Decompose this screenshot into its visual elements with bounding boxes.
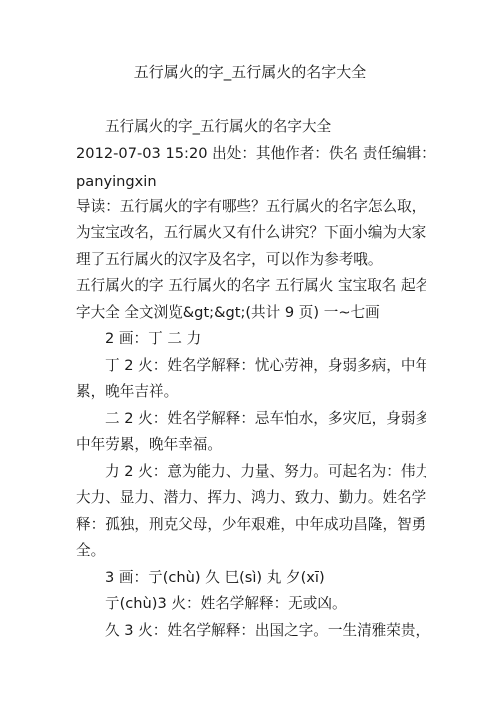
article-editor: panyingxin [76, 169, 426, 194]
entry-li-line-1: 力 2 火：意为能力、力量、努力。可起名为：伟力、 [76, 459, 426, 486]
article-meta: 2012-07-03 15:20 出处：其他作者：佚名 责任编辑： [76, 141, 426, 169]
entry-ding-line-2: 累，晚年吉祥。 [76, 379, 426, 406]
tags-line-2: 字大全 全文浏览&gt;&gt;(共计 9 页) 一~七画 [76, 300, 426, 327]
stroke-3-heading: 3 画：亍(chù) 久 巳(sì) 丸 夕(xī) [76, 565, 426, 592]
entry-li-line-4: 全。 [76, 538, 426, 565]
entry-er-line-2: 中年劳累，晚年幸福。 [76, 432, 426, 459]
tags-line-1: 五行属火的字 五行属火的名字 五行属火 宝宝取名 起名 [76, 273, 426, 300]
entry-er-line-1: 二 2 火：姓名学解释：忌车怕水，多灾厄，身弱多病， [76, 406, 426, 433]
article-body: 五行属火的字_五行属火的名字大全 2012-07-03 15:20 出处：其他作… [76, 114, 426, 644]
article-heading: 五行属火的字_五行属火的名字大全 [76, 114, 426, 141]
stroke-2-heading: 2 画：丁 二 力 [76, 326, 426, 353]
page-title: 五行属火的字_五行属火的名字大全 [0, 62, 500, 82]
entry-li-line-3: 释：孤独，刑克父母，少年艰难，中年成功昌隆，智勇双 [76, 512, 426, 539]
intro-line-3: 理了五行属火的汉字及名字，可以作为参考哦。 [76, 247, 426, 274]
entry-ding-line-1: 丁 2 火：姓名学解释：忧心劳神，身弱多病，中年劳 [76, 353, 426, 380]
entry-li-line-2: 大力、显力、潜力、挥力、鸿力、致力、勤力。姓名学解 [76, 485, 426, 512]
intro-line-2: 为宝宝改名，五行属火又有什么讲究？下面小编为大家整 [76, 220, 426, 247]
entry-chu: 亍(chù)3 火：姓名学解释：无或凶。 [76, 591, 426, 618]
intro-line-1: 导读：五行属火的字有哪些？五行属火的名字怎么取，想 [76, 194, 426, 221]
entry-jiu-line-1: 久 3 火：姓名学解释：出国之字。一生清雅荣贵，中 [76, 618, 426, 645]
